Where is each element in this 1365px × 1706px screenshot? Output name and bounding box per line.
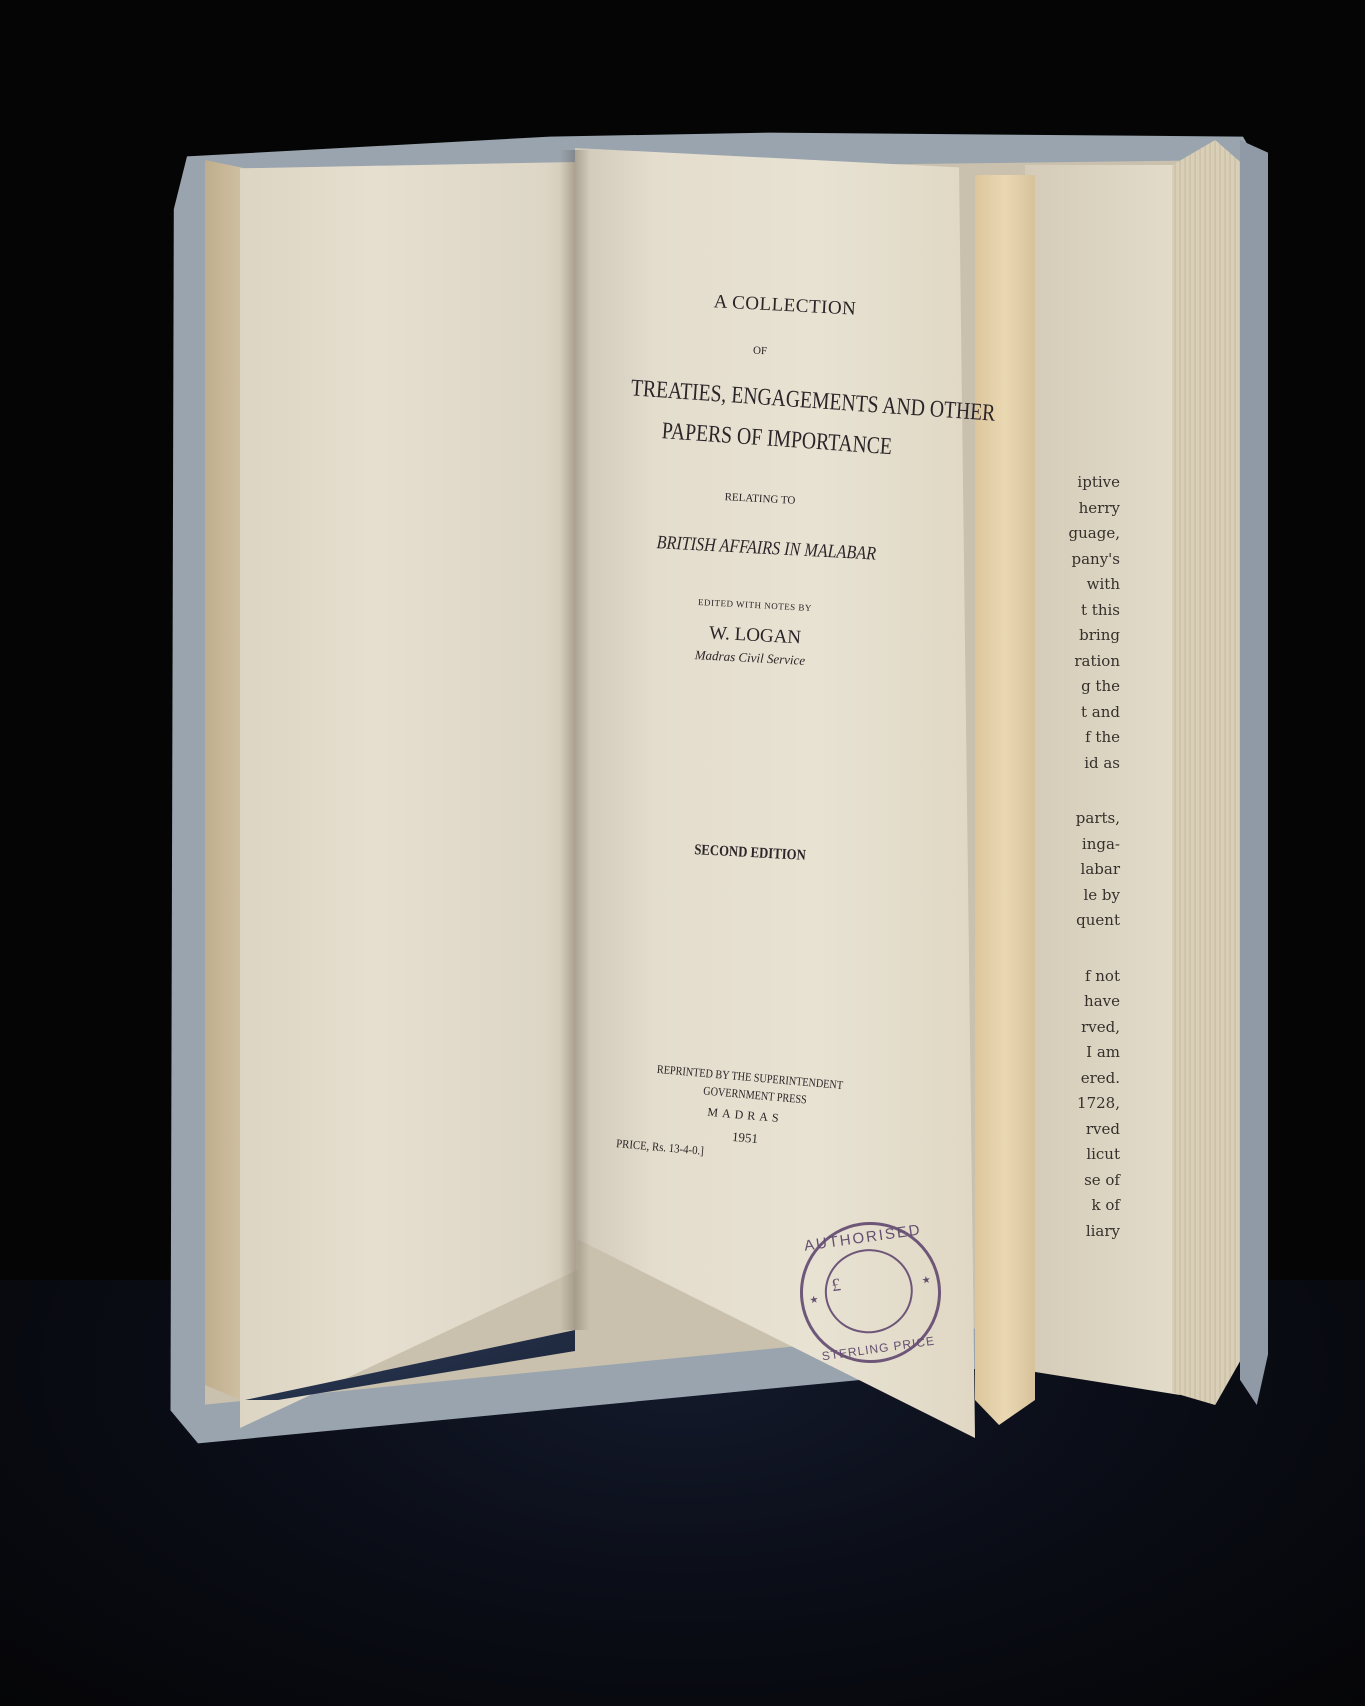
- text-fragment: f not: [1025, 964, 1120, 990]
- text-fragment: liary: [1025, 1219, 1120, 1245]
- text-fragment: bring: [1025, 623, 1120, 649]
- text-fragment: I am: [1025, 1040, 1120, 1066]
- text-fragment: quent: [1025, 908, 1120, 934]
- text-fragment: t and: [1025, 700, 1120, 726]
- text-fragment: ered.: [1025, 1066, 1120, 1092]
- star-icon: ★: [921, 1275, 931, 1287]
- text-fragment: 1728,: [1025, 1091, 1120, 1117]
- text-fragment: parts,: [1025, 806, 1120, 832]
- text-fragment: with: [1025, 572, 1120, 598]
- text-fragment: ration: [1025, 649, 1120, 675]
- text-fragment: pany's: [1025, 547, 1120, 573]
- text-fragment: guage,: [1025, 521, 1120, 547]
- text-fragment: labar: [1025, 857, 1120, 883]
- text-fragment: se of: [1025, 1168, 1120, 1194]
- left-blank-page: [240, 162, 578, 1428]
- text-fragment: licut: [1025, 1142, 1120, 1168]
- back-cover-edge: [1240, 140, 1268, 1405]
- text-fragment: rved: [1025, 1117, 1120, 1143]
- text-fragment: iptive: [1025, 470, 1120, 496]
- text-fragment: le by: [1025, 883, 1120, 909]
- text-fragment: id as: [1025, 751, 1120, 777]
- text-fragment: have: [1025, 989, 1120, 1015]
- text-fragment: inga-: [1025, 832, 1120, 858]
- star-icon: ★: [809, 1294, 819, 1306]
- page-block-edge: [1172, 140, 1244, 1405]
- folded-leaf-strip: [975, 175, 1035, 1425]
- text-fragment: herry: [1025, 496, 1120, 522]
- text-fragment: g the: [1025, 674, 1120, 700]
- text-fragment: k of: [1025, 1193, 1120, 1219]
- text-fragment: f the: [1025, 725, 1120, 751]
- text-fragment: t this: [1025, 598, 1120, 624]
- gutter-shadow: [560, 150, 590, 1330]
- text-fragment: rved,: [1025, 1015, 1120, 1041]
